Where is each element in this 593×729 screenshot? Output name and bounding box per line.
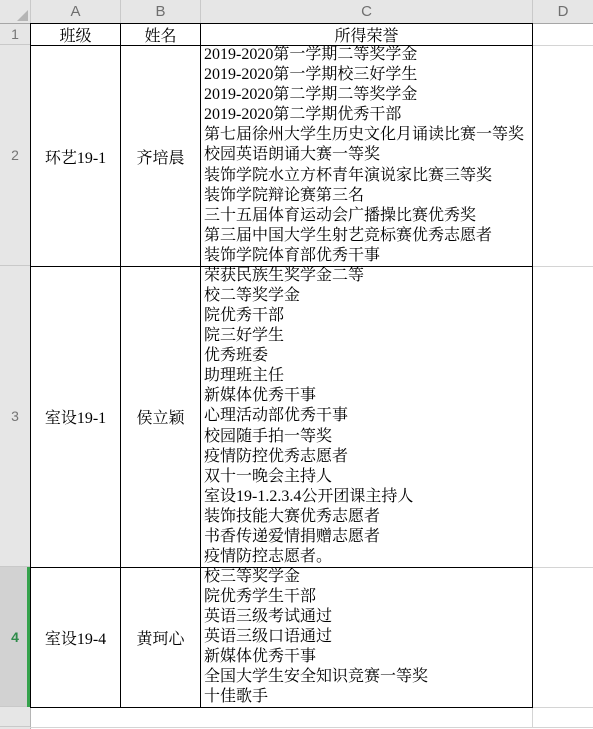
cell-b1-name-header[interactable]: 姓名 (121, 24, 200, 45)
table-border-line (120, 23, 121, 708)
selected-row-indicator-bar (27, 567, 30, 707)
select-all-triangle-icon (17, 10, 28, 21)
table-border-line (30, 23, 533, 24)
table-border-line (30, 45, 533, 46)
table-border-line (30, 707, 533, 708)
gridline (533, 707, 593, 708)
gridline (533, 567, 593, 568)
row-header-3[interactable]: 3 (0, 266, 30, 567)
row-header-1[interactable]: 1 (0, 23, 30, 45)
cell-a4-class[interactable]: 室设19-4 (31, 568, 120, 706)
gridline (30, 727, 593, 728)
header-separator (30, 0, 31, 23)
cell-c4-honors[interactable]: 校三等奖学金 院优秀学生干部 英语三级考试通过 英语三级口语通过 新媒体优秀干事… (201, 567, 532, 707)
column-header-a[interactable]: A (31, 0, 120, 23)
table-border-line (30, 23, 31, 708)
row-header-5[interactable] (0, 707, 30, 727)
row-header-2[interactable]: 2 (0, 45, 30, 266)
cell-a3-class[interactable]: 室设19-1 (31, 267, 120, 566)
cell-b4-name[interactable]: 黄珂心 (121, 568, 200, 706)
column-header-strip: A B C D (0, 0, 593, 24)
cell-c1-honors-header[interactable]: 所得荣誉 (201, 24, 532, 45)
cell-c2-honors[interactable]: 2019-2020第一学期二等奖学金 2019-2020第一学期校三好学生 20… (201, 45, 532, 266)
column-header-b[interactable]: B (121, 0, 200, 23)
row-header-4-selected[interactable]: 4 (0, 567, 30, 707)
header-separator (532, 0, 533, 23)
select-all-button[interactable] (0, 0, 30, 23)
gridline (533, 45, 593, 46)
cell-b3-name[interactable]: 侯立颖 (121, 267, 200, 566)
table-border-line (200, 23, 201, 708)
column-header-d[interactable]: D (533, 0, 593, 23)
column-header-c[interactable]: C (201, 0, 532, 23)
header-separator (200, 0, 201, 23)
table-border-line (30, 266, 533, 267)
cell-a1-class-header[interactable]: 班级 (31, 24, 120, 45)
table-border-line (30, 567, 533, 568)
cell-b2-name[interactable]: 齐培晨 (121, 46, 200, 266)
spreadsheet: A B C D 1 2 3 4 班级 姓名 所得荣誉 环艺19-1 齐培晨 20… (0, 0, 593, 729)
table-border-line (532, 23, 533, 708)
cell-c3-honors[interactable]: 荣获民族生奖学金二等 校二等奖学金 院优秀干部 院三好学生 优秀班委 助理班主任… (201, 266, 532, 567)
gridline (532, 707, 533, 727)
gridline (533, 266, 593, 267)
cell-a2-class[interactable]: 环艺19-1 (31, 46, 120, 266)
header-separator (120, 0, 121, 23)
